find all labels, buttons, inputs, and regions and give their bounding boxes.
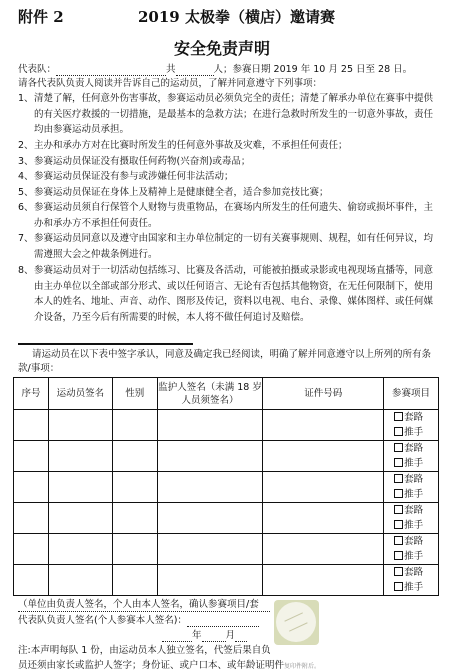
item-text: 参赛运动员保证没有参与或涉嫌任何非法活动； bbox=[34, 169, 438, 185]
item-number: 5、 bbox=[18, 185, 34, 201]
cell-id[interactable] bbox=[263, 410, 384, 441]
item-text: 参赛运动员须自行保管个人财物与贵重物品，在赛场内所发生的任何遗失、偷窃或损坏事件… bbox=[34, 200, 438, 231]
item-2: 2、主办和承办方对在比赛时所发生的任何意外事故及灾难，不承担任何责任； bbox=[18, 138, 438, 154]
table-row: 套路 推手 bbox=[14, 441, 439, 472]
option-taolu[interactable]: 套路 bbox=[394, 441, 438, 456]
checkbox-icon[interactable] bbox=[394, 505, 403, 514]
day-field[interactable] bbox=[235, 632, 247, 642]
cell-guardian[interactable] bbox=[157, 410, 263, 441]
total-label: 共 bbox=[166, 64, 176, 75]
header-guardian-signature: 监护人签名（未满 18 岁人员须签名） bbox=[157, 378, 263, 410]
checkbox-icon[interactable] bbox=[394, 427, 403, 436]
item-number: 3、 bbox=[18, 154, 34, 170]
header-no: 序号 bbox=[14, 378, 49, 410]
cell-gender[interactable] bbox=[112, 410, 157, 441]
date-line: 年月 bbox=[162, 629, 247, 642]
item-text: 清楚了解，任何意外伤害事故，参赛运动员必须负完全的责任；清楚了解承办单位在赛事中… bbox=[34, 91, 438, 138]
team-line: 代表队：共人；参赛日期 2019 年 10 月 25 日至 28 日。 bbox=[18, 63, 412, 76]
leader-signature-field[interactable] bbox=[187, 617, 259, 627]
cell-event: 套路 推手 bbox=[384, 565, 439, 596]
option-label: 套路 bbox=[404, 412, 423, 423]
option-label: 推手 bbox=[404, 582, 423, 593]
cell-event: 套路 推手 bbox=[384, 472, 439, 503]
cell-event: 套路 推手 bbox=[384, 410, 439, 441]
cell-athlete[interactable] bbox=[48, 472, 112, 503]
table-header-row: 序号 运动员签名 性别 监护人签名（未满 18 岁人员须签名） 证件号码 参赛项… bbox=[14, 378, 439, 410]
item-number: 8、 bbox=[18, 263, 34, 279]
team-label: 代表队： bbox=[18, 64, 56, 75]
cell-event: 套路 推手 bbox=[384, 534, 439, 565]
cell-event: 套路 推手 bbox=[384, 503, 439, 534]
count-field[interactable] bbox=[176, 66, 214, 76]
note-line-2-tail: 复印件附后。 bbox=[284, 663, 320, 670]
table-row: 套路 推手 bbox=[14, 534, 439, 565]
cell-id[interactable] bbox=[263, 503, 384, 534]
table-row: 套路 推手 bbox=[14, 503, 439, 534]
cell-guardian[interactable] bbox=[157, 503, 263, 534]
checkbox-icon[interactable] bbox=[394, 520, 403, 529]
option-tuishou[interactable]: 推手 bbox=[394, 487, 438, 502]
checkbox-icon[interactable] bbox=[394, 474, 403, 483]
cell-no[interactable] bbox=[14, 441, 49, 472]
cell-id[interactable] bbox=[263, 441, 384, 472]
item-8: 8、参赛运动员对于一切活动包括练习、比赛及各活动，可能被拍摄或录影或电视现场直播… bbox=[18, 263, 438, 325]
month-field[interactable] bbox=[202, 632, 226, 642]
note-line-2-text: 员还须由家长或监护人签字；身份证、或户口本、或年龄证明件 bbox=[18, 660, 284, 671]
cell-gender[interactable] bbox=[112, 565, 157, 596]
year-label: 年 bbox=[192, 630, 202, 641]
item-text: 参赛运动员保证没有摄取任何药物(兴奋剂)或毒品； bbox=[34, 154, 438, 170]
header-gender: 性别 bbox=[112, 378, 157, 410]
item-6: 6、参赛运动员须自行保管个人财物与贵重物品，在赛场内所发生的任何遗失、偷窃或损坏… bbox=[18, 200, 438, 231]
option-label: 推手 bbox=[404, 458, 423, 469]
cell-no[interactable] bbox=[14, 472, 49, 503]
header-id-number: 证件号码 bbox=[263, 378, 384, 410]
table-row: 套路 推手 bbox=[14, 565, 439, 596]
table-row: 套路 推手 bbox=[14, 472, 439, 503]
item-1: 1、清楚了解，任何意外伤害事故，参赛运动员必须负完全的责任；清楚了解承办单位在赛… bbox=[18, 91, 438, 138]
cell-id[interactable] bbox=[263, 472, 384, 503]
checkbox-icon[interactable] bbox=[394, 551, 403, 560]
checkbox-icon[interactable] bbox=[394, 567, 403, 576]
cell-gender[interactable] bbox=[112, 503, 157, 534]
team-field[interactable] bbox=[56, 66, 166, 76]
event-title: 2019 太极拳（横店）邀请赛 bbox=[138, 6, 335, 27]
cell-athlete[interactable] bbox=[48, 410, 112, 441]
checkbox-icon[interactable] bbox=[394, 582, 403, 591]
header-event: 参赛项目 bbox=[384, 378, 439, 410]
checkbox-icon[interactable] bbox=[394, 443, 403, 452]
option-taolu[interactable]: 套路 bbox=[394, 534, 438, 549]
option-tuishou[interactable]: 推手 bbox=[394, 456, 438, 471]
option-label: 套路 bbox=[404, 443, 423, 454]
note-line-1: 注:本声明每队 1 份，由运动员本人独立签名，代签后果自负，未 bbox=[18, 644, 270, 657]
option-label: 推手 bbox=[404, 489, 423, 500]
option-label: 套路 bbox=[404, 505, 423, 516]
item-3: 3、参赛运动员保证没有摄取任何药物(兴奋剂)或毒品； bbox=[18, 154, 438, 170]
option-taolu[interactable]: 套路 bbox=[394, 503, 438, 518]
item-text: 参赛运动员对于一切活动包括练习、比赛及各活动，可能被拍摄或录影或电视现场直播等，… bbox=[34, 263, 438, 325]
checkbox-icon[interactable] bbox=[394, 489, 403, 498]
item-number: 6、 bbox=[18, 200, 34, 216]
option-tuishou[interactable]: 推手 bbox=[394, 580, 438, 595]
item-text: 参赛运动员保证在身体上及精神上是健康健全者，适合参加竞技比赛； bbox=[34, 185, 438, 201]
cell-no[interactable] bbox=[14, 410, 49, 441]
signature-table: 序号 运动员签名 性别 监护人签名（未满 18 岁人员须签名） 证件号码 参赛项… bbox=[13, 377, 439, 596]
cell-event: 套路 推手 bbox=[384, 441, 439, 472]
persons-date-label: 人；参赛日期 2019 年 10 月 25 日至 28 日。 bbox=[214, 64, 413, 75]
checkbox-icon[interactable] bbox=[394, 458, 403, 467]
item-number: 4、 bbox=[18, 169, 34, 185]
document-title: 安全免责声明 bbox=[174, 36, 270, 59]
item-number: 2、 bbox=[18, 138, 34, 154]
attachment-label: 附件 2 bbox=[18, 6, 64, 27]
header-athlete-signature: 运动员签名 bbox=[48, 378, 112, 410]
cell-guardian[interactable] bbox=[157, 565, 263, 596]
option-tuishou[interactable]: 推手 bbox=[394, 549, 438, 564]
cell-no[interactable] bbox=[14, 534, 49, 565]
option-tuishou[interactable]: 推手 bbox=[394, 425, 438, 440]
option-label: 推手 bbox=[404, 520, 423, 531]
cell-guardian[interactable] bbox=[157, 534, 263, 565]
item-text: 参赛运动员同意以及遵守由国家和主办单位制定的一切有关赛事规则、规程，如有任何异议… bbox=[34, 231, 438, 262]
option-taolu[interactable]: 套路 bbox=[394, 472, 438, 487]
option-label: 套路 bbox=[404, 536, 423, 547]
item-text: 主办和承办方对在比赛时所发生的任何意外事故及灾难，不承担任何责任； bbox=[34, 138, 438, 154]
option-label: 套路 bbox=[404, 567, 423, 578]
cell-guardian[interactable] bbox=[157, 441, 263, 472]
instruction-line: 请各代表队负责人阅读并告诉自己的运动员，了解并同意遵守下列事项： bbox=[18, 77, 322, 90]
leader-signature-line: 代表队负责人签名(个人参赛本人签名)： bbox=[18, 614, 259, 627]
sign-instruction: 请运动员在以下表中签字承认，同意及确定我已经阅读，明确了解并同意遵守以上所列的所… bbox=[18, 348, 438, 376]
cell-gender[interactable] bbox=[112, 472, 157, 503]
month-label: 月 bbox=[226, 630, 236, 641]
item-number: 1、 bbox=[18, 91, 34, 107]
year-field[interactable] bbox=[162, 632, 192, 642]
checkbox-icon[interactable] bbox=[394, 536, 403, 545]
option-label: 推手 bbox=[404, 551, 423, 562]
option-tuishou[interactable]: 推手 bbox=[394, 518, 438, 533]
option-taolu[interactable]: 套路 bbox=[394, 565, 438, 580]
cell-id[interactable] bbox=[263, 565, 384, 596]
cell-no[interactable] bbox=[14, 565, 49, 596]
item-number: 7、 bbox=[18, 231, 34, 247]
section-divider bbox=[18, 343, 193, 345]
cell-gender[interactable] bbox=[112, 441, 157, 472]
option-taolu[interactable]: 套路 bbox=[394, 410, 438, 425]
cell-id[interactable] bbox=[263, 534, 384, 565]
item-5: 5、参赛运动员保证在身体上及精神上是健康健全者，适合参加竞技比赛； bbox=[18, 185, 438, 201]
item-7: 7、参赛运动员同意以及遵守由国家和主办单位制定的一切有关赛事规则、规程，如有任何… bbox=[18, 231, 438, 262]
cell-athlete[interactable] bbox=[48, 441, 112, 472]
watermark-stamp-icon bbox=[274, 600, 319, 645]
table-row: 套路 推手 bbox=[14, 410, 439, 441]
note-line-2: 员还须由家长或监护人签字；身份证、或户口本、或年龄证明件复印件附后。 bbox=[18, 659, 320, 671]
item-4: 4、参赛运动员保证没有参与或涉嫌任何非法活动； bbox=[18, 169, 438, 185]
cell-athlete[interactable] bbox=[48, 503, 112, 534]
option-label: 推手 bbox=[404, 427, 423, 438]
cell-athlete[interactable] bbox=[48, 565, 112, 596]
cell-no[interactable] bbox=[14, 503, 49, 534]
cell-athlete[interactable] bbox=[48, 534, 112, 565]
unit-signature-note: （单位由负责人签名，个人由本人签名，确认参赛项目/套 bbox=[18, 598, 270, 612]
cell-guardian[interactable] bbox=[157, 472, 263, 503]
leader-signature-label: 代表队负责人签名(个人参赛本人签名)： bbox=[18, 615, 187, 626]
cell-gender[interactable] bbox=[112, 534, 157, 565]
checkbox-icon[interactable] bbox=[394, 412, 403, 421]
option-label: 套路 bbox=[404, 474, 423, 485]
